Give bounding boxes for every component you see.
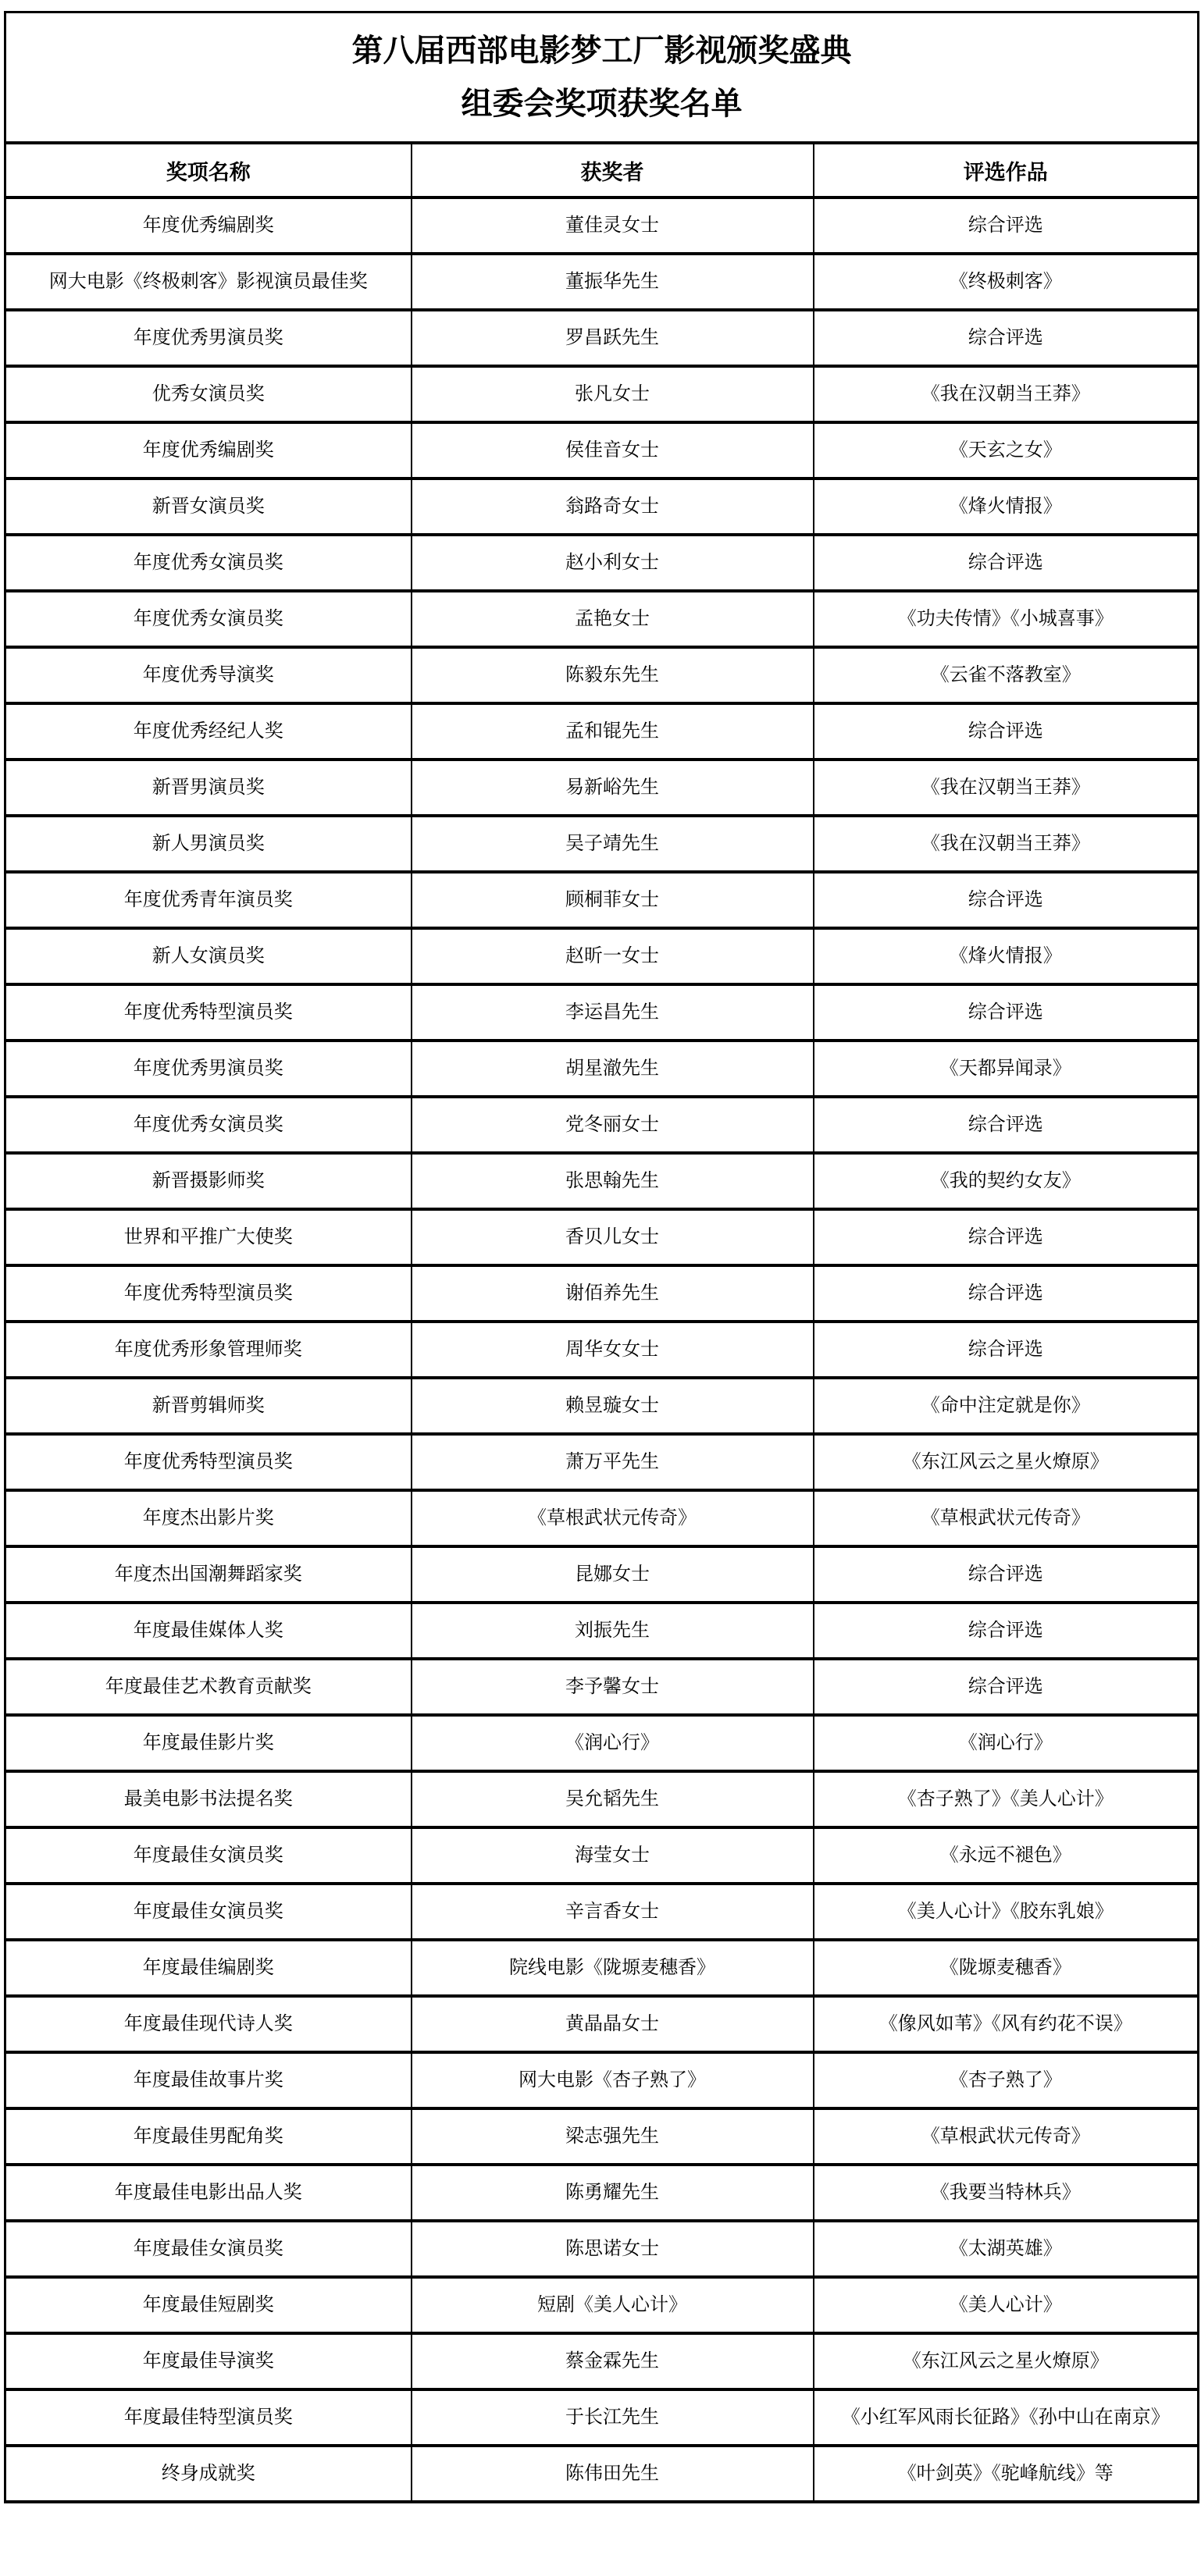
table-row: 年度杰出国潮舞蹈家奖 昆娜女士 综合评选 [5,1546,1199,1603]
work-cell: 《云雀不落教室》 [814,647,1199,703]
award-cell: 年度优秀女演员奖 [5,591,412,647]
table-row: 年度优秀编剧奖 董佳灵女士 综合评选 [5,197,1199,254]
work-cell: 综合评选 [814,1265,1199,1322]
page-title-line1: 第八届西部电影梦工厂影视颁奖盛典 [14,24,1189,77]
work-cell: 《小红军风雨长征路》《孙中山在南京》 [814,2389,1199,2446]
winner-cell: 顾桐菲女士 [412,872,814,928]
winner-cell: 昆娜女士 [412,1546,814,1603]
winner-cell: 刘振先生 [412,1603,814,1659]
work-cell: 综合评选 [814,1322,1199,1378]
table-row: 年度最佳短剧奖 短剧《美人心计》 《美人心计》 [5,2277,1199,2333]
award-cell: 世界和平推广大使奖 [5,1209,412,1265]
winner-cell: 胡星澈先生 [412,1041,814,1097]
award-cell: 年度优秀女演员奖 [5,1097,412,1153]
award-cell: 年度优秀编剧奖 [5,422,412,479]
table-row: 年度优秀青年演员奖 顾桐菲女士 综合评选 [5,872,1199,928]
header-row: 奖项名称 获奖者 评选作品 [5,143,1199,197]
winner-cell: 董佳灵女士 [412,197,814,254]
award-cell: 年度最佳男配角奖 [5,2108,412,2165]
winner-cell: 赵昕一女士 [412,928,814,984]
work-cell: 《功夫传情》《小城喜事》 [814,591,1199,647]
work-cell: 《东江风云之星火燎原》 [814,1434,1199,1490]
work-cell: 《美人心计》《胶东乳娘》 [814,1884,1199,1940]
winner-cell: 周华女女士 [412,1322,814,1378]
table-row: 年度最佳故事片奖 网大电影《杏子熟了》 《杏子熟了》 [5,2052,1199,2108]
award-cell: 新人男演员奖 [5,816,412,872]
work-cell: 《天玄之女》 [814,422,1199,479]
winner-cell: 张思翰先生 [412,1153,814,1209]
work-cell: 《杏子熟了》 [814,2052,1199,2108]
winner-cell: 党冬丽女士 [412,1097,814,1153]
table-row: 年度最佳编剧奖 院线电影《陇塬麦穗香》 《陇塬麦穗香》 [5,1940,1199,1996]
page-title: 第八届西部电影梦工厂影视颁奖盛典 组委会奖项获奖名单 [5,12,1199,144]
award-cell: 年度优秀编剧奖 [5,197,412,254]
winner-cell: 翁路奇女士 [412,479,814,535]
table-row: 年度优秀特型演员奖 李运昌先生 综合评选 [5,984,1199,1041]
work-cell: 《天都异闻录》 [814,1041,1199,1097]
table-row: 年度最佳媒体人奖 刘振先生 综合评选 [5,1603,1199,1659]
work-cell: 《草根武状元传奇》 [814,2108,1199,2165]
award-cell: 新晋男演员奖 [5,760,412,816]
award-cell: 优秀女演员奖 [5,366,412,422]
winner-cell: 吴子靖先生 [412,816,814,872]
table-row: 年度最佳男配角奖 梁志强先生 《草根武状元传奇》 [5,2108,1199,2165]
work-cell: 《草根武状元传奇》 [814,1490,1199,1546]
table-body: 年度优秀编剧奖 董佳灵女士 综合评选 网大电影《终极刺客》影视演员最佳奖 董振华… [5,197,1199,2502]
award-cell: 年度最佳导演奖 [5,2333,412,2389]
table-row: 年度优秀女演员奖 孟艳女士 《功夫传情》《小城喜事》 [5,591,1199,647]
winner-cell: 吴允韬先生 [412,1771,814,1827]
award-cell: 终身成就奖 [5,2446,412,2502]
table-row: 年度优秀特型演员奖 谢佰养先生 综合评选 [5,1265,1199,1322]
winner-cell: 《草根武状元传奇》 [412,1490,814,1546]
winner-cell: 孟和锟先生 [412,703,814,760]
winner-cell: 黄晶晶女士 [412,1996,814,2052]
work-cell: 《润心行》 [814,1715,1199,1771]
table-row: 年度优秀形象管理师奖 周华女女士 综合评选 [5,1322,1199,1378]
award-cell: 年度优秀特型演员奖 [5,1265,412,1322]
award-cell: 年度最佳短剧奖 [5,2277,412,2333]
award-cell: 年度最佳特型演员奖 [5,2389,412,2446]
award-cell: 年度优秀青年演员奖 [5,872,412,928]
award-cell: 年度优秀女演员奖 [5,535,412,591]
work-cell: 《像风如苇》《风有约花不误》 [814,1996,1199,2052]
table-row: 新人男演员奖 吴子靖先生 《我在汉朝当王莽》 [5,816,1199,872]
table-row: 年度最佳女演员奖 海莹女士 《永远不褪色》 [5,1827,1199,1884]
work-cell: 综合评选 [814,535,1199,591]
table-row: 新晋女演员奖 翁路奇女士 《烽火情报》 [5,479,1199,535]
award-cell: 年度最佳媒体人奖 [5,1603,412,1659]
work-cell: 综合评选 [814,872,1199,928]
table-row: 年度优秀男演员奖 胡星澈先生 《天都异闻录》 [5,1041,1199,1097]
winner-cell: 李予馨女士 [412,1659,814,1715]
work-cell: 综合评选 [814,1659,1199,1715]
work-cell: 《叶剑英》《驼峰航线》等 [814,2446,1199,2502]
award-cell: 年度优秀特型演员奖 [5,1434,412,1490]
page-title-line2: 组委会奖项获奖名单 [14,77,1189,130]
table-row: 年度最佳电影出品人奖 陈勇耀先生 《我要当特林兵》 [5,2165,1199,2221]
award-cell: 年度最佳电影出品人奖 [5,2165,412,2221]
work-cell: 综合评选 [814,197,1199,254]
winner-cell: 侯佳音女士 [412,422,814,479]
column-header-work: 评选作品 [814,143,1199,197]
table-row: 年度优秀女演员奖 赵小利女士 综合评选 [5,535,1199,591]
table-row: 年度杰出影片奖 《草根武状元传奇》 《草根武状元传奇》 [5,1490,1199,1546]
work-cell: 综合评选 [814,1603,1199,1659]
winner-cell: 《润心行》 [412,1715,814,1771]
award-cell: 新人女演员奖 [5,928,412,984]
work-cell: 《我在汉朝当王莽》 [814,816,1199,872]
table-row: 年度最佳女演员奖 辛言香女士 《美人心计》《胶东乳娘》 [5,1884,1199,1940]
table-row: 年度优秀女演员奖 党冬丽女士 综合评选 [5,1097,1199,1153]
work-cell: 《杏子熟了》《美人心计》 [814,1771,1199,1827]
award-cell: 年度优秀导演奖 [5,647,412,703]
table-row: 最美电影书法提名奖 吴允韬先生 《杏子熟了》《美人心计》 [5,1771,1199,1827]
award-cell: 新晋剪辑师奖 [5,1378,412,1434]
table-row: 年度优秀经纪人奖 孟和锟先生 综合评选 [5,703,1199,760]
document-page: 第八届西部电影梦工厂影视颁奖盛典 组委会奖项获奖名单 奖项名称 获奖者 评选作品… [0,0,1201,2519]
winner-cell: 香贝儿女士 [412,1209,814,1265]
award-cell: 年度优秀形象管理师奖 [5,1322,412,1378]
table-row: 终身成就奖 陈伟田先生 《叶剑英》《驼峰航线》等 [5,2446,1199,2502]
work-cell: 《终极刺客》 [814,254,1199,310]
table-row: 新人女演员奖 赵昕一女士 《烽火情报》 [5,928,1199,984]
work-cell: 《烽火情报》 [814,928,1199,984]
table-row: 优秀女演员奖 张凡女士 《我在汉朝当王莽》 [5,366,1199,422]
table-row: 年度最佳导演奖 蔡金霖先生 《东江风云之星火燎原》 [5,2333,1199,2389]
work-cell: 《陇塬麦穗香》 [814,1940,1199,1996]
winner-cell: 院线电影《陇塬麦穗香》 [412,1940,814,1996]
table-row: 年度优秀编剧奖 侯佳音女士 《天玄之女》 [5,422,1199,479]
winner-cell: 梁志强先生 [412,2108,814,2165]
winner-cell: 谢佰养先生 [412,1265,814,1322]
work-cell: 综合评选 [814,984,1199,1041]
work-cell: 综合评选 [814,1209,1199,1265]
table-row: 年度最佳现代诗人奖 黄晶晶女士 《像风如苇》《风有约花不误》 [5,1996,1199,2052]
work-cell: 综合评选 [814,1097,1199,1153]
winner-cell: 董振华先生 [412,254,814,310]
award-cell: 新晋女演员奖 [5,479,412,535]
table-row: 新晋男演员奖 易新峪先生 《我在汉朝当王莽》 [5,760,1199,816]
award-cell: 年度优秀男演员奖 [5,310,412,366]
award-cell: 年度最佳艺术教育贡献奖 [5,1659,412,1715]
winner-cell: 罗昌跃先生 [412,310,814,366]
table-row: 年度最佳艺术教育贡献奖 李予馨女士 综合评选 [5,1659,1199,1715]
work-cell: 《太湖英雄》 [814,2221,1199,2277]
award-cell: 年度优秀特型演员奖 [5,984,412,1041]
winner-cell: 萧万平先生 [412,1434,814,1490]
work-cell: 《永远不褪色》 [814,1827,1199,1884]
table-row: 新晋剪辑师奖 赖昱璇女士 《命中注定就是你》 [5,1378,1199,1434]
award-cell: 年度最佳女演员奖 [5,1884,412,1940]
table-row: 年度优秀导演奖 陈毅东先生 《云雀不落教室》 [5,647,1199,703]
award-cell: 年度最佳女演员奖 [5,2221,412,2277]
award-cell: 年度杰出国潮舞蹈家奖 [5,1546,412,1603]
work-cell: 《命中注定就是你》 [814,1378,1199,1434]
awards-table: 第八届西部电影梦工厂影视颁奖盛典 组委会奖项获奖名单 奖项名称 获奖者 评选作品… [4,11,1199,2503]
award-cell: 网大电影《终极刺客》影视演员最佳奖 [5,254,412,310]
winner-cell: 海莹女士 [412,1827,814,1884]
winner-cell: 张凡女士 [412,366,814,422]
award-cell: 年度最佳故事片奖 [5,2052,412,2108]
work-cell: 综合评选 [814,703,1199,760]
award-cell: 新晋摄影师奖 [5,1153,412,1209]
work-cell: 综合评选 [814,310,1199,366]
award-cell: 年度最佳影片奖 [5,1715,412,1771]
award-cell: 年度最佳编剧奖 [5,1940,412,1996]
winner-cell: 辛言香女士 [412,1884,814,1940]
table-row: 新晋摄影师奖 张思翰先生 《我的契约女友》 [5,1153,1199,1209]
table-row: 年度最佳特型演员奖 于长江先生 《小红军风雨长征路》《孙中山在南京》 [5,2389,1199,2446]
table-row: 年度优秀男演员奖 罗昌跃先生 综合评选 [5,310,1199,366]
work-cell: 《我的契约女友》 [814,1153,1199,1209]
work-cell: 《烽火情报》 [814,479,1199,535]
award-cell: 年度最佳女演员奖 [5,1827,412,1884]
winner-cell: 陈思诺女士 [412,2221,814,2277]
winner-cell: 李运昌先生 [412,984,814,1041]
table-row: 年度最佳影片奖 《润心行》 《润心行》 [5,1715,1199,1771]
winner-cell: 赵小利女士 [412,535,814,591]
award-cell: 年度优秀男演员奖 [5,1041,412,1097]
winner-cell: 易新峪先生 [412,760,814,816]
work-cell: 《美人心计》 [814,2277,1199,2333]
winner-cell: 孟艳女士 [412,591,814,647]
work-cell: 《我要当特林兵》 [814,2165,1199,2221]
table-row: 年度优秀特型演员奖 萧万平先生 《东江风云之星火燎原》 [5,1434,1199,1490]
award-cell: 年度杰出影片奖 [5,1490,412,1546]
column-header-award: 奖项名称 [5,143,412,197]
award-cell: 年度优秀经纪人奖 [5,703,412,760]
table-row: 年度最佳女演员奖 陈思诺女士 《太湖英雄》 [5,2221,1199,2277]
title-row: 第八届西部电影梦工厂影视颁奖盛典 组委会奖项获奖名单 [5,12,1199,144]
table-row: 世界和平推广大使奖 香贝儿女士 综合评选 [5,1209,1199,1265]
winner-cell: 陈伟田先生 [412,2446,814,2502]
winner-cell: 短剧《美人心计》 [412,2277,814,2333]
table-row: 网大电影《终极刺客》影视演员最佳奖 董振华先生 《终极刺客》 [5,254,1199,310]
work-cell: 《我在汉朝当王莽》 [814,366,1199,422]
winner-cell: 于长江先生 [412,2389,814,2446]
award-cell: 最美电影书法提名奖 [5,1771,412,1827]
winner-cell: 赖昱璇女士 [412,1378,814,1434]
winner-cell: 网大电影《杏子熟了》 [412,2052,814,2108]
work-cell: 《我在汉朝当王莽》 [814,760,1199,816]
work-cell: 综合评选 [814,1546,1199,1603]
winner-cell: 陈勇耀先生 [412,2165,814,2221]
column-header-winner: 获奖者 [412,143,814,197]
work-cell: 《东江风云之星火燎原》 [814,2333,1199,2389]
winner-cell: 陈毅东先生 [412,647,814,703]
award-cell: 年度最佳现代诗人奖 [5,1996,412,2052]
winner-cell: 蔡金霖先生 [412,2333,814,2389]
